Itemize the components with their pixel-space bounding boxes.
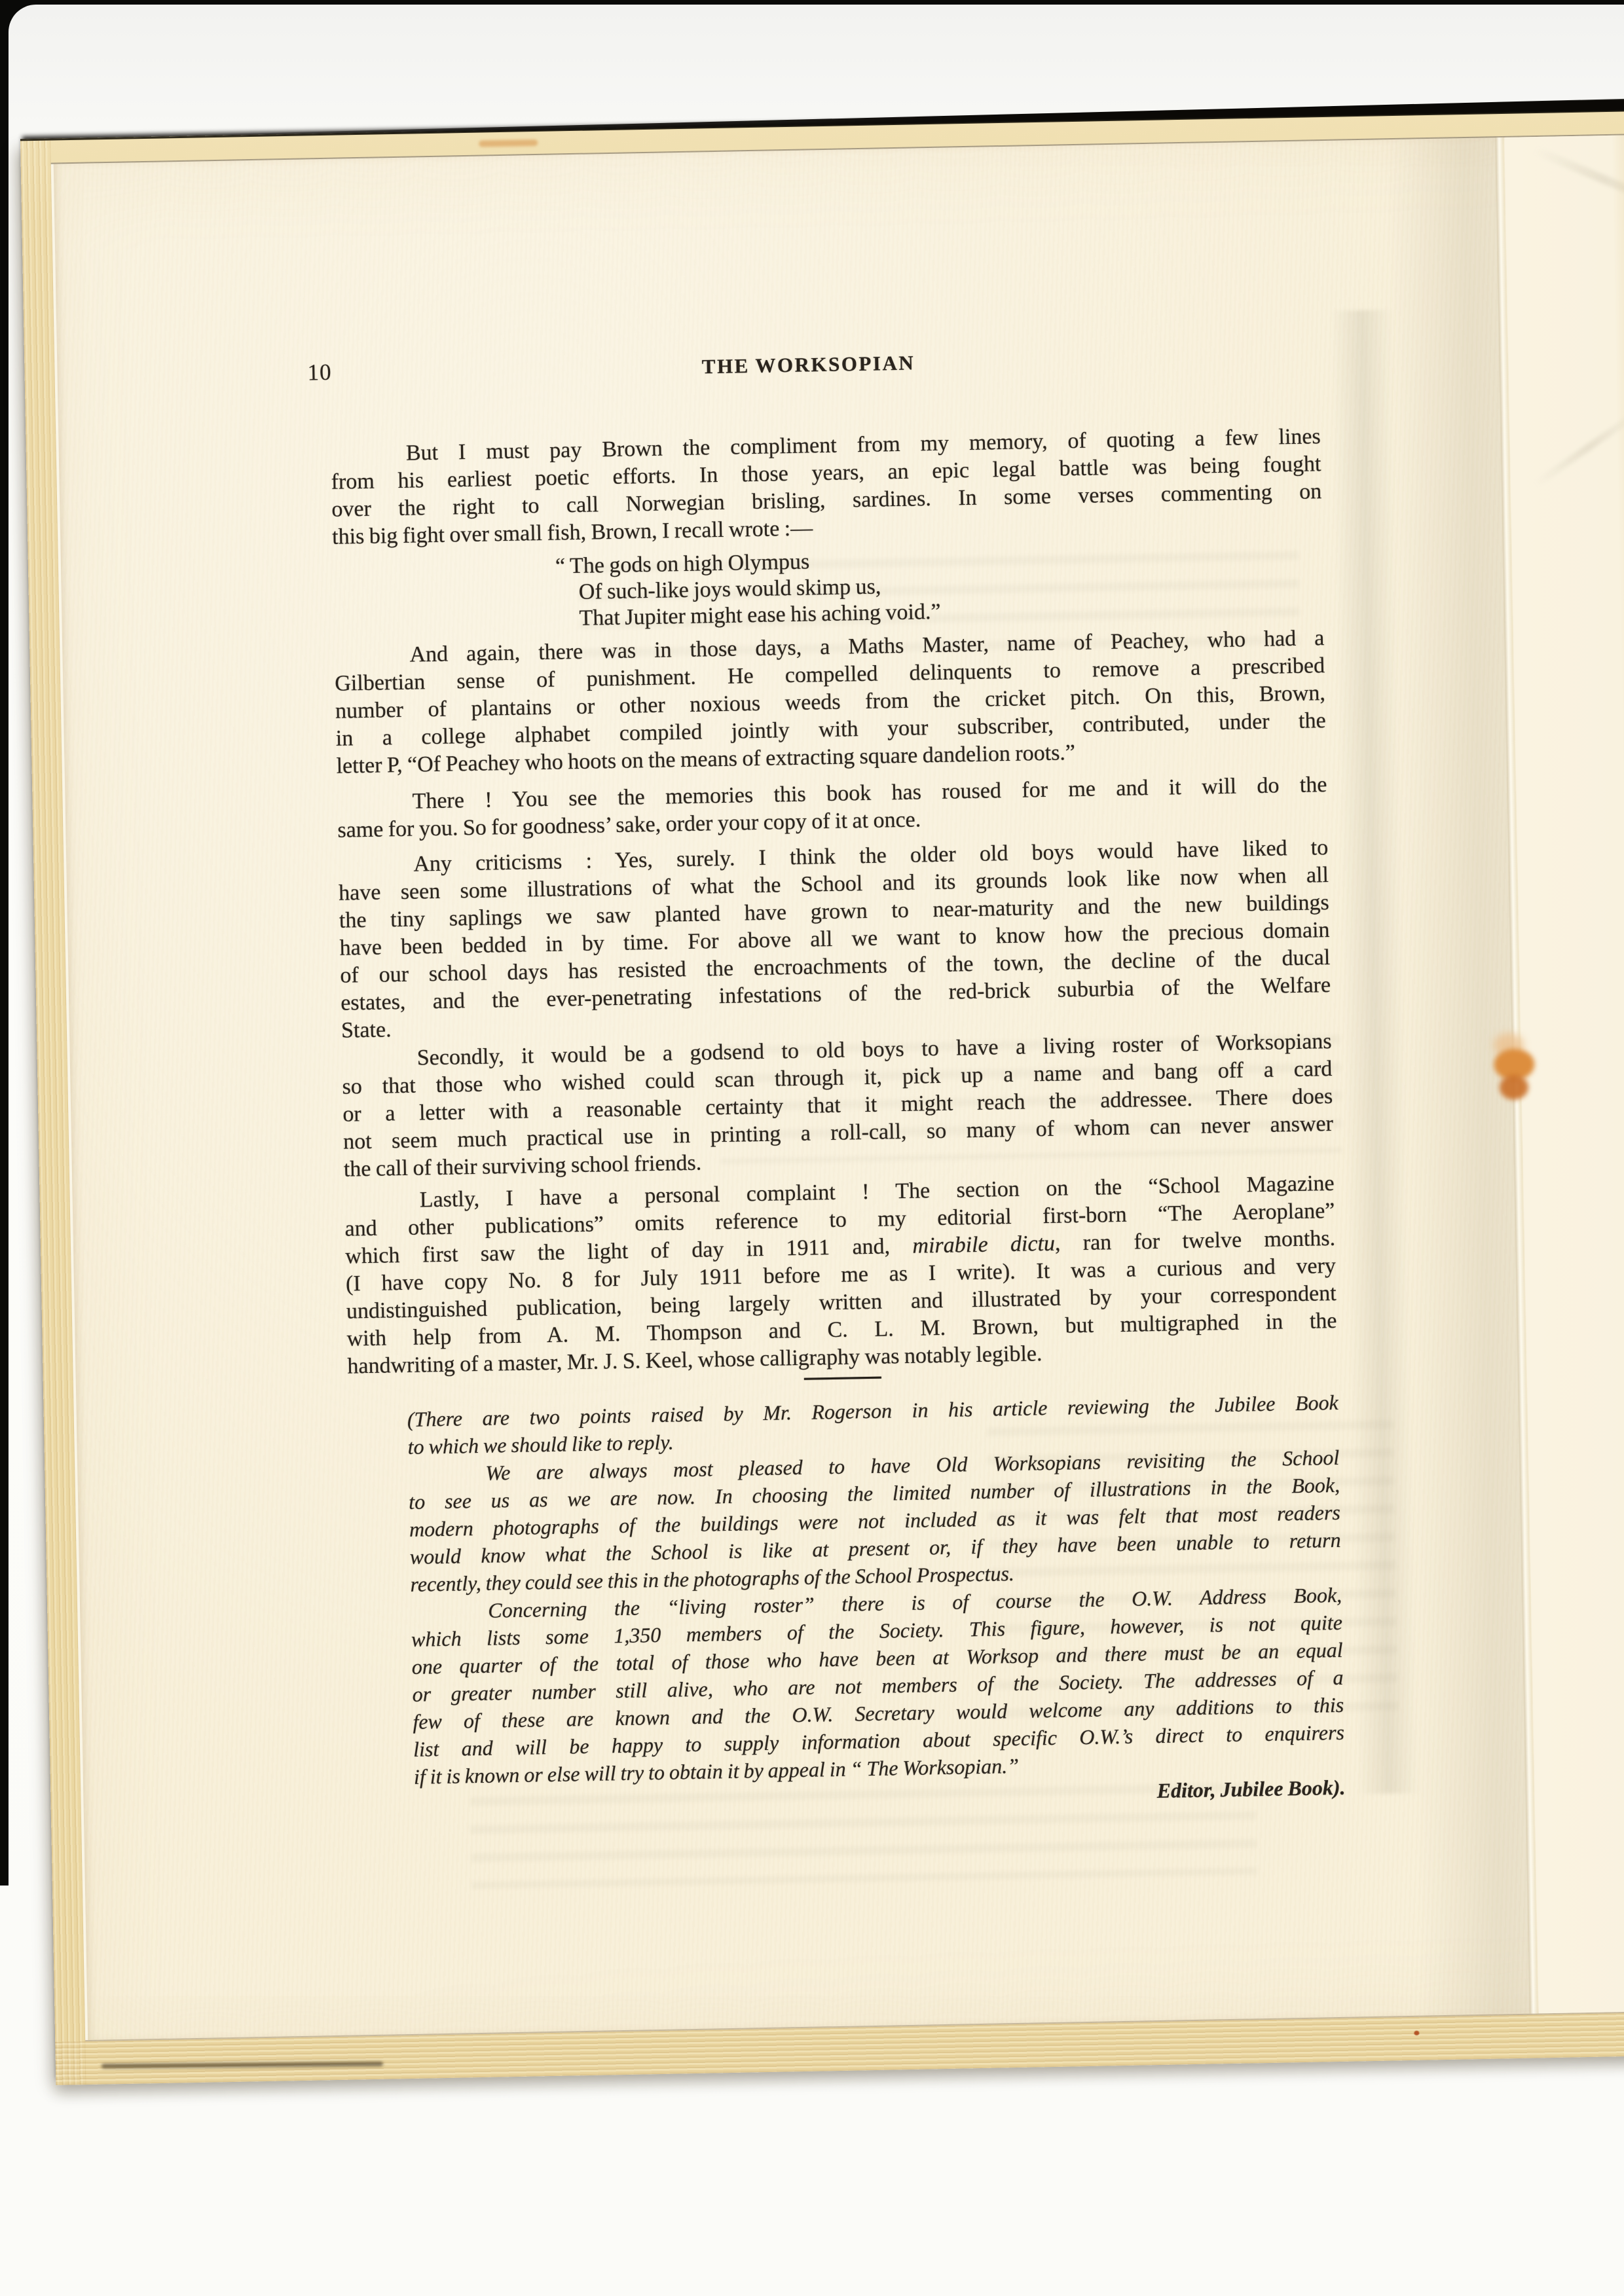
paragraph: Secondly, it would be a godsend to old b… [341, 1028, 1334, 1184]
paragraph: Any criticisms : Yes, surely. I think th… [338, 834, 1331, 1045]
scanned-book-photo: 10 THE WORKSOPIAN But I must pay Brown t… [0, 0, 1624, 2296]
verse: “ The gods on high OlympusOf such-like j… [333, 539, 1324, 636]
book-page-block: 10 THE WORKSOPIAN But I must pay Brown t… [20, 109, 1624, 2085]
editorial-reply-paragraph: We are always most pleased to have Old W… [408, 1444, 1342, 1598]
text-flow: But I must pay Brown the compliment from… [331, 423, 1346, 1819]
separator-line [804, 1377, 881, 1380]
backing-sheet-edge [0, 1886, 10, 2296]
page-header: 10 THE WORKSOPIAN [329, 339, 1319, 385]
paragraph: And again, there was in those days, a Ma… [334, 625, 1327, 780]
editorial-reply-paragraph: Concerning the “living roster” there is … [411, 1581, 1345, 1791]
paragraph: But I must pay Brown the compliment from… [331, 423, 1323, 551]
running-title: THE WORKSOPIAN [313, 342, 1304, 388]
page-paper: 10 THE WORKSOPIAN But I must pay Brown t… [51, 134, 1624, 2041]
top-edge-stain [479, 139, 538, 147]
paragraph: There ! You see the memories this book h… [337, 771, 1327, 845]
text-column: 10 THE WORKSOPIAN But I must pay Brown t… [325, 141, 1346, 1819]
paragraph: Lastly, I have a personal complaint ! Th… [344, 1170, 1337, 1381]
